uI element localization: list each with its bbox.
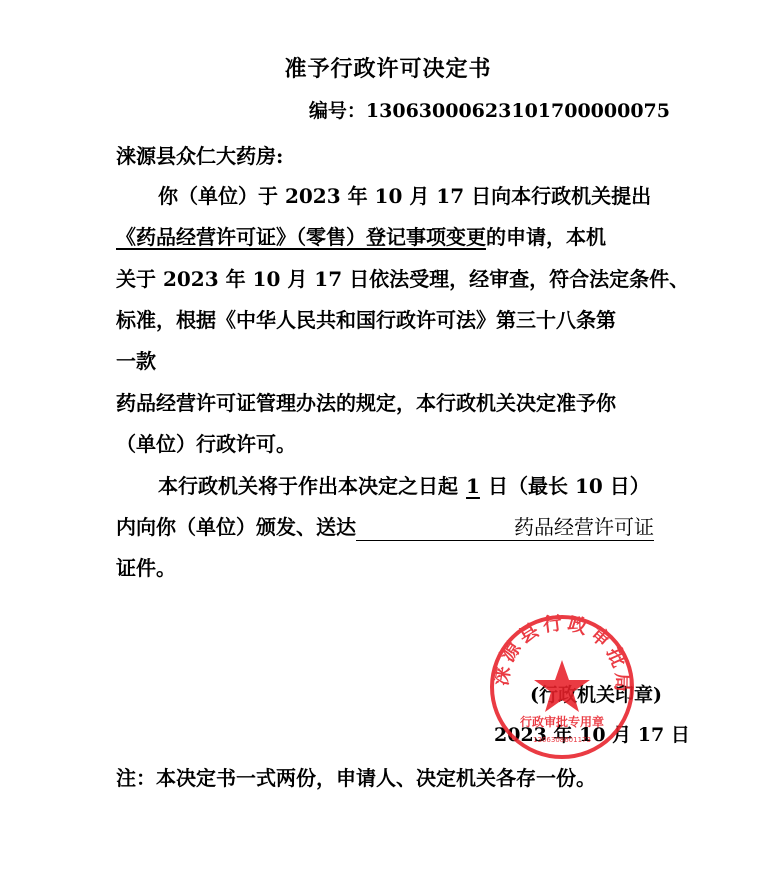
- document-number-label: 编号：: [309, 100, 366, 122]
- application-item: 《药品经营许可证》（零售）登记事项变更: [116, 225, 486, 249]
- svg-text:1306308601173: 1306308601173: [533, 736, 591, 744]
- svg-text:行政审批专用章: 行政审批专用章: [520, 714, 604, 729]
- certificate-name: 药品经营许可证: [356, 511, 654, 541]
- document-title: 准予行政许可决定书: [0, 52, 776, 83]
- paragraph2-line1-after: 日（最长 10 日）: [488, 474, 650, 498]
- official-seal-icon: 涞源县行政审批局 行政审批专用章 1306308601173: [487, 612, 637, 762]
- paragraph1-line4: 标准，根据《中华人民共和国行政许可法》第三十八条第: [116, 304, 616, 333]
- paragraph1-line5: 一款: [116, 345, 156, 374]
- document-number-value: 13063000623101700000075: [366, 100, 670, 122]
- paragraph2-line1: 本行政机关将于作出本决定之日起1日（最长 10 日）: [158, 470, 650, 499]
- addressee: 涞源县众仁大药房:: [116, 140, 283, 169]
- paragraph2-line2: 内向你（单位）颁发、送达药品经营许可证: [116, 511, 654, 541]
- paragraph1-line3: 关于 2023 年 10 月 17 日依法受理，经审查，符合法定条件、: [116, 263, 689, 292]
- paragraph1-line1: 你（单位）于 2023 年 10 月 17 日向本行政机关提出: [158, 180, 651, 209]
- document-page: 准予行政许可决定书 编号：13063000623101700000075 涞源县…: [0, 0, 776, 884]
- paragraph1-line6: 药品经营许可证管理办法的规定，本行政机关决定准予你: [116, 387, 616, 416]
- document-number: 编号：13063000623101700000075: [309, 96, 670, 123]
- paragraph1-line7: （单位）行政许可。: [116, 428, 296, 457]
- footnote: 注：本决定书一式两份，申请人、决定机关各存一份。: [116, 762, 596, 791]
- paragraph2-line3: 证件。: [116, 552, 176, 581]
- paragraph1-line2-rest: 的申请，本机: [486, 225, 606, 249]
- paragraph2-line1-before: 本行政机关将于作出本决定之日起: [158, 474, 458, 498]
- days-value: 1: [458, 474, 488, 498]
- paragraph1-line2: 《药品经营许可证》（零售）登记事项变更的申请，本机: [116, 221, 606, 250]
- paragraph2-line2-before: 内向你（单位）颁发、送达: [116, 515, 356, 539]
